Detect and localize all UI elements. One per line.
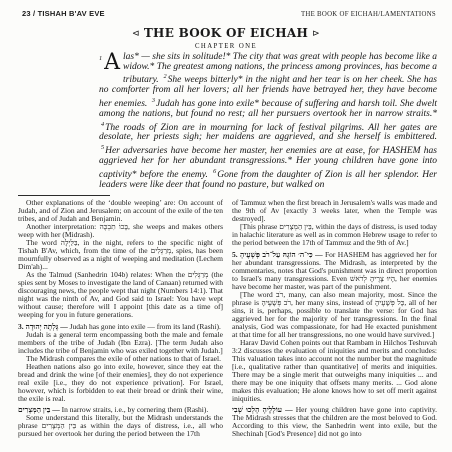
commentary-paragraph: The word בַּלַּיְלָה, in the night, refe… (18, 239, 223, 271)
commentary-entry: 5. כִּי־ה׳ הוֹגָהּ עַל־רֹב פְּשָׁעֶיהָ —… (232, 251, 437, 291)
book-title-text: THE BOOK OF EICHAH (144, 26, 308, 40)
commentary-divider (18, 195, 110, 196)
commentary-paragraph: Heathen nations also go into exile, howe… (18, 363, 223, 403)
verse-4-text: The roads of Zion are in mourning for la… (99, 123, 437, 143)
commentary-paragraph: of Tammuz when the first breach in Jerus… (232, 199, 437, 223)
chapter-heading: CHAPTER ONE (0, 43, 452, 50)
commentary-paragraph: Harav David Cohen points out that Rambam… (232, 339, 437, 403)
dropcap-letter: A (104, 50, 120, 75)
page-number-section: 23 / TISHAH B'AV EVE (22, 9, 105, 18)
verse-number-6: 6 (213, 168, 216, 175)
ornament-right-icon: ⊳ (308, 29, 324, 39)
commentary-paragraph: Other explanations of the ‘double weepin… (18, 199, 223, 223)
verse-number-3: 3 (152, 97, 155, 104)
running-title: THE BOOK OF EICHAH/LAMENTATIONS (301, 11, 436, 18)
commentary-paragraph: Another interpretation: בָּכוֹ תִבְכֶּה,… (18, 223, 223, 239)
commentary-paragraph: As the Talmud (Sanhedrin 104b) relates: … (18, 271, 223, 319)
commentary-paragraph: [This phrase בֵּין הַמְּצָרִים, within t… (232, 223, 437, 247)
commentary-left-column: Other explanations of the ‘double weepin… (18, 199, 223, 438)
commentary-entry: עוֹלָלֶיהָ הָלְכוּ שְׁבִי — Her young ch… (232, 406, 437, 438)
commentary-paragraph: Some understand this literally, but the … (18, 414, 223, 438)
page-header: 23 / TISHAH B'AV EVE THE BOOK OF EICHAH/… (0, 0, 452, 18)
commentary-paragraph: Judah is a general term encompassing bot… (18, 331, 223, 355)
commentary-columns: Other explanations of the ‘double weepin… (18, 199, 437, 438)
book-title: ⊲THE BOOK OF EICHAH⊳ (0, 26, 452, 40)
commentary-right-column: of Tammuz when the first breach in Jerus… (232, 199, 437, 438)
commentary-section: Other explanations of the ‘double weepin… (18, 195, 437, 438)
verse-number-2: 2 (164, 73, 167, 80)
ornament-left-icon: ⊲ (128, 29, 144, 39)
dropcap-wrap: 1A (99, 54, 120, 73)
verse-number-5: 5 (101, 144, 104, 151)
verse-number-1: 1 (99, 55, 102, 62)
verse-number-4: 4 (101, 121, 104, 128)
commentary-paragraph: [The word רֹב, many, can also mean major… (232, 291, 437, 339)
translation-text: 1Alas* — she sits in solitude!* The city… (99, 53, 437, 190)
book-page: 23 / TISHAH B'AV EVE THE BOOK OF EICHAH/… (0, 0, 452, 452)
